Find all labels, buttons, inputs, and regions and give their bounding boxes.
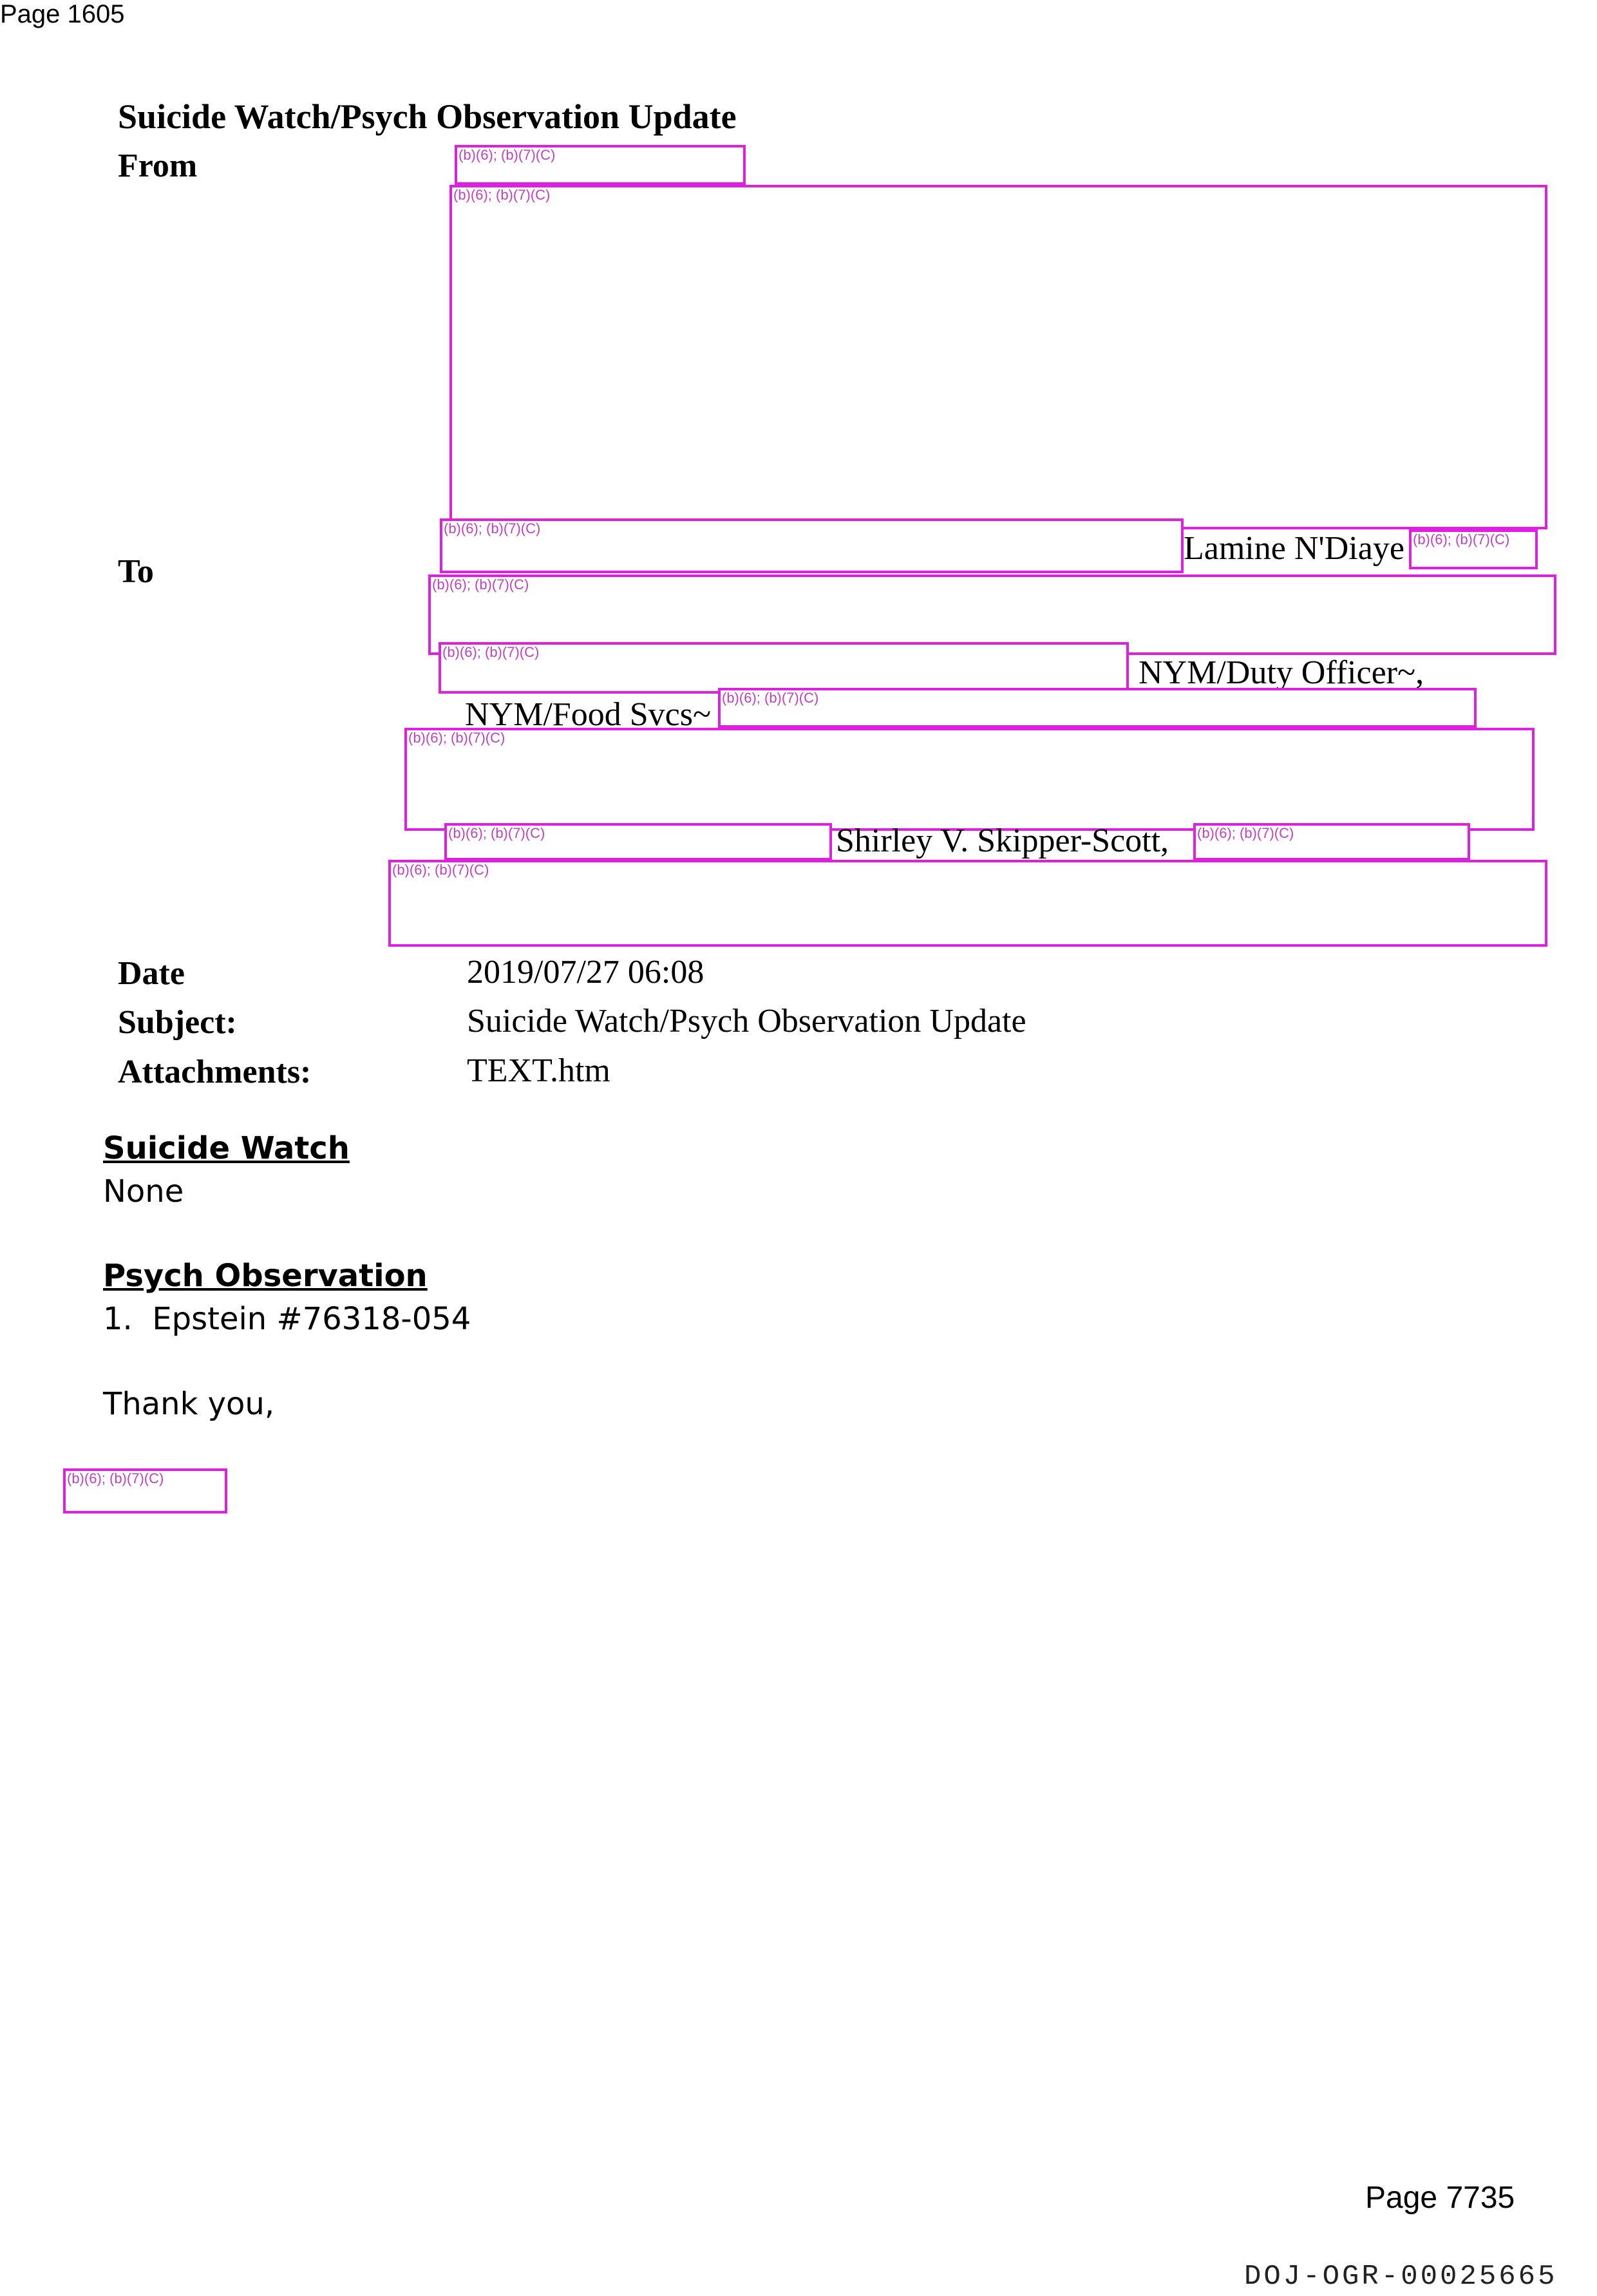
psych-observation-item: 1. Epstein #76318-054: [103, 1301, 471, 1337]
redaction-code: (b)(6); (b)(7)(C): [67, 1471, 164, 1486]
redaction-code: (b)(6); (b)(7)(C): [1413, 532, 1509, 547]
recipient-lamine: Lamine N'Diaye: [1184, 529, 1404, 567]
attachments-label: Attachments:: [118, 1053, 311, 1091]
date-label: Date: [118, 954, 185, 992]
date-value: 2019/07/27 06:08: [467, 953, 704, 991]
psych-observation-heading: Psych Observation: [103, 1258, 428, 1294]
redaction-box: (b)(6); (b)(7)(C): [404, 728, 1535, 831]
redaction-code: (b)(6); (b)(7)(C): [1197, 826, 1294, 841]
to-label: To: [118, 553, 154, 591]
redaction-box: (b)(6); (b)(7)(C): [1193, 823, 1470, 860]
redaction-code: (b)(6); (b)(7)(C): [448, 826, 545, 841]
recipient-duty-officer: NYM/Duty Officer~,: [1139, 654, 1424, 692]
redaction-box: (b)(6); (b)(7)(C): [449, 185, 1547, 529]
redaction-code: (b)(6); (b)(7)(C): [722, 690, 818, 706]
redaction-code: (b)(6); (b)(7)(C): [408, 730, 505, 746]
redaction-box: (b)(6); (b)(7)(C): [388, 860, 1547, 947]
redaction-box: (b)(6); (b)(7)(C): [439, 642, 1129, 694]
redaction-box: (b)(6); (b)(7)(C): [444, 823, 832, 860]
redaction-code: (b)(6); (b)(7)(C): [442, 645, 539, 660]
redaction-code: (b)(6); (b)(7)(C): [444, 521, 540, 536]
redaction-code: (b)(6); (b)(7)(C): [458, 147, 555, 163]
redaction-code: (b)(6); (b)(7)(C): [392, 862, 489, 878]
subject-label: Subject:: [118, 1003, 237, 1041]
redaction-code: (b)(6); (b)(7)(C): [453, 187, 550, 203]
redaction-box: (b)(6); (b)(7)(C): [455, 145, 746, 185]
suicide-watch-text: None: [103, 1173, 184, 1210]
signature-redaction-box: (b)(6); (b)(7)(C): [63, 1468, 227, 1513]
redaction-box: (b)(6); (b)(7)(C): [1409, 529, 1538, 569]
redaction-box: (b)(6); (b)(7)(C): [440, 518, 1184, 573]
email-title: Suicide Watch/Psych Observation Update: [118, 97, 737, 137]
bates-number: DOJ-OGR-00025665: [1244, 2261, 1557, 2293]
suicide-watch-heading: Suicide Watch: [103, 1130, 350, 1166]
page-number-bottom: Page 7735: [1365, 2180, 1515, 2215]
redaction-box: (b)(6); (b)(7)(C): [718, 688, 1477, 728]
attachment-link[interactable]: TEXT.htm: [467, 1052, 610, 1090]
page-number-top: Page 1605: [0, 0, 125, 29]
subject-value: Suicide Watch/Psych Observation Update: [467, 1002, 1026, 1040]
recipient-skipper-scott: Shirley V. Skipper-Scott,: [836, 822, 1169, 860]
closing-text: Thank you,: [103, 1386, 274, 1422]
redaction-code: (b)(6); (b)(7)(C): [432, 577, 529, 593]
from-label: From: [118, 147, 197, 185]
